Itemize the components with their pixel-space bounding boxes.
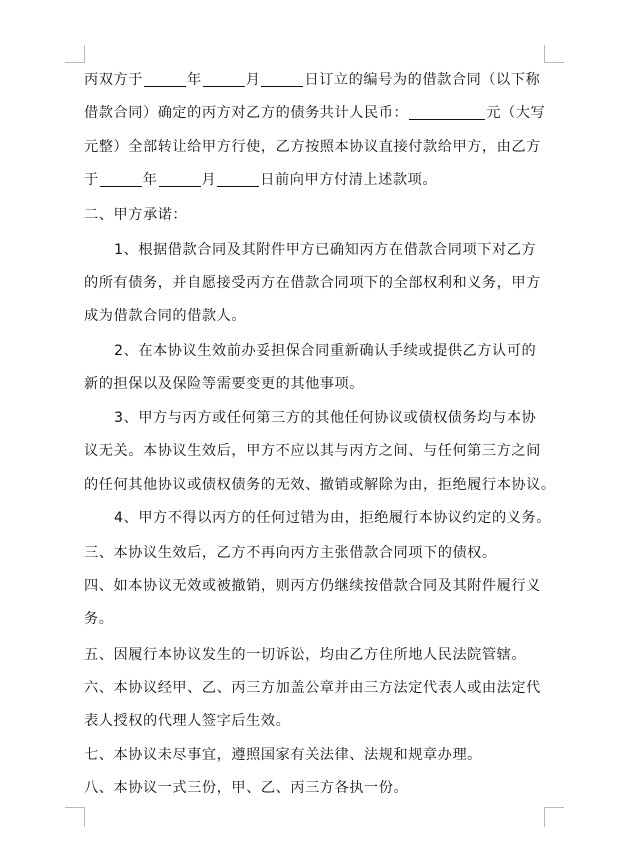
section-8: 八、本协议一式三份，甲、乙、丙三方各执一份。 [84, 776, 408, 800]
margin-corner-mark-bottom-left [65, 807, 85, 827]
intro-line-4: 于年月日前向甲方付清上述款项。 [84, 168, 437, 192]
intro-line-1: 丙双方于年月日订立的编号为的借款合同（以下称 [84, 68, 540, 92]
document-page: 丙双方于年月日订立的编号为的借款合同（以下称 借款合同）确定的丙方对乙方的债务共… [0, 0, 628, 860]
blank-day-field[interactable] [261, 70, 303, 87]
text-run: 日订立的编号为的借款合同（以下称 [304, 72, 540, 88]
text-run: 元（大写 [486, 105, 545, 121]
blank-year-field[interactable] [100, 170, 142, 187]
text-run: 借款合同）确定的丙方对乙方的债务共计人民币： [84, 105, 408, 121]
section-6-line-2: 表人授权的代理人签字后生效。 [84, 709, 290, 733]
margin-corner-mark-bottom-right [544, 807, 564, 827]
text-run: 于 [84, 172, 99, 188]
item-1-line-2: 的所有债务，并自愿接受丙方在借款合同项下的全部权利和义务，甲方 [84, 271, 541, 295]
intro-line-2: 借款合同）确定的丙方对乙方的债务共计人民币：元（大写 [84, 101, 545, 125]
section-3: 三、本协议生效后，乙方不再向丙方主张借款合同项下的债权。 [84, 541, 497, 565]
item-3-line-3: 的任何其他协议或债权债务的无效、撤销或解除为由，拒绝履行本协议。 [84, 473, 556, 497]
item-3-line-2: 议无关。本协议生效后，甲方不应以其与丙方之间、与任何第三方之间 [84, 439, 541, 463]
text-run: 年 [143, 172, 158, 188]
blank-month-field[interactable] [159, 170, 201, 187]
blank-year-field[interactable] [144, 70, 186, 87]
text-run: 年 [187, 72, 202, 88]
margin-corner-mark-top-left [65, 45, 85, 63]
blank-month-field[interactable] [203, 70, 245, 87]
item-2-line-1: 2、在本协议生效前办妥担保合同重新确认手续或提供乙方认可的 [84, 339, 536, 363]
section-4-line-1: 四、如本协议无效或被撤销，则丙方仍继续按借款合同及其附件履行义 [84, 574, 541, 598]
section-heading-2: 二、甲方承诺： [84, 203, 187, 227]
section-5: 五、因履行本协议发生的一切诉讼，均由乙方住所地人民法院管辖。 [84, 643, 526, 667]
item-4-line-1: 4、甲方不得以丙方的任何过错为由，拒绝履行本协议约定的义务。 [84, 506, 551, 530]
intro-line-3: 元整）全部转让给甲方行使，乙方按照本协议直接付款给甲方，由乙方 [84, 135, 541, 159]
text-run: 月 [246, 72, 261, 88]
margin-corner-mark-top-right [544, 45, 564, 63]
section-7: 七、本协议未尽事宜，遵照国家有关法律、法规和规章办理。 [84, 743, 482, 767]
item-3-line-1: 3、甲方与丙方或任何第三方的其他任何协议或债权债务均与本协 [84, 406, 536, 430]
blank-amount-field[interactable] [409, 103, 485, 120]
blank-day-field[interactable] [217, 170, 259, 187]
section-6-line-1: 六、本协议经甲、乙、丙三方加盖公章并由三方法定代表人或由法定代 [84, 676, 541, 700]
text-run: 丙双方于 [84, 72, 143, 88]
text-run: 月 [202, 172, 217, 188]
section-4-line-2: 务。 [84, 607, 113, 631]
item-1-line-1: 1、根据借款合同及其附件甲方已确知丙方在借款合同项下对乙方 [84, 238, 536, 262]
item-1-line-3: 成为借款合同的借款人。 [84, 304, 246, 328]
item-2-line-2: 新的担保以及保险等需要变更的其他事项。 [84, 372, 364, 396]
text-run: 日前向甲方付清上述款项。 [260, 172, 437, 188]
